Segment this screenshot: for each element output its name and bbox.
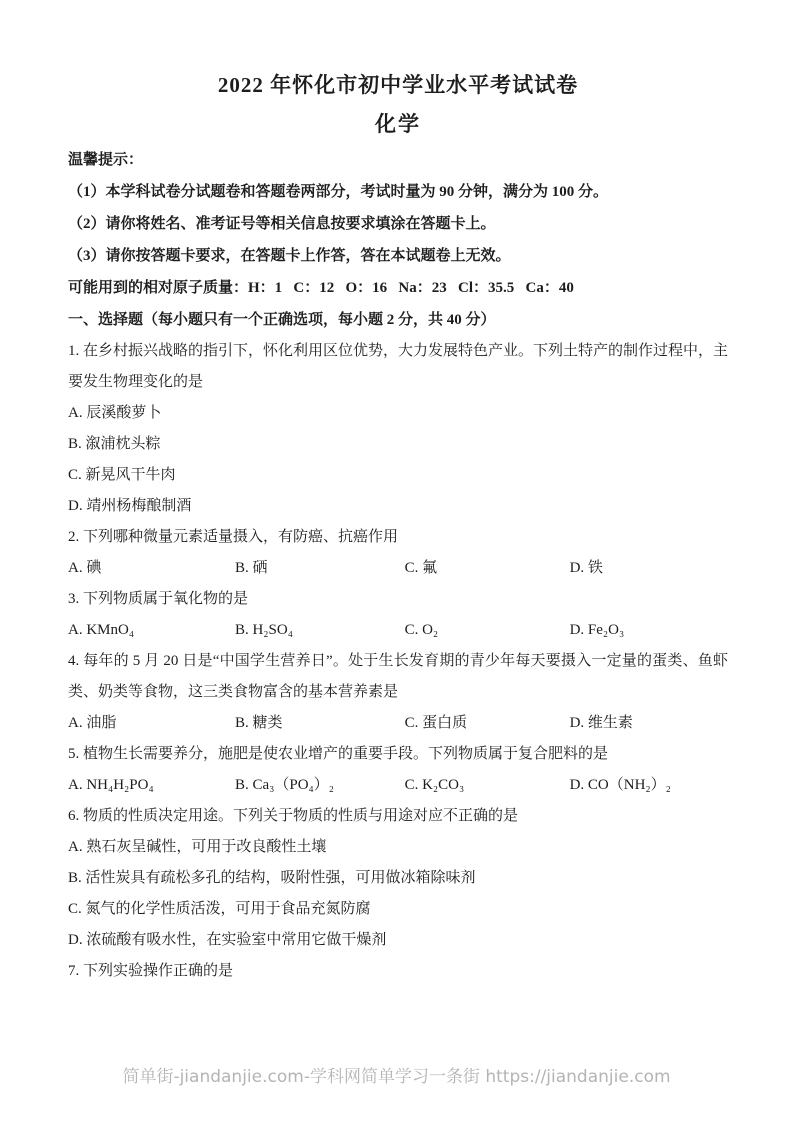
page-content: 2022 年怀化市初中学业水平考试试卷 化学 温馨提示： （1）本学科试卷分试题… <box>68 72 728 987</box>
question-5: 5. 植物生长需要养分，施肥是使农业增产的重要手段。下列物质属于复合肥料的是 A… <box>68 739 728 801</box>
question-4-option-a: A. 油脂 <box>68 708 235 739</box>
question-3-options-row: A. KMnO₄ B. H₂SO₄ C. O₂ D. Fe₂O₃ <box>68 615 728 646</box>
question-5-option-d: D. CO（NH₂）₂ <box>570 770 728 801</box>
question-4-option-b: B. 糖类 <box>235 708 405 739</box>
question-4-option-c: C. 蛋白质 <box>405 708 570 739</box>
watermark-footer: 简单街-jiandanjie.com-学科网简单学习一条街 https://ji… <box>0 1062 793 1087</box>
exam-paper-page: { "header": { "title": "2022 年怀化市初中学业水平考… <box>0 0 793 1122</box>
question-6-text: 6. 物质的性质决定用途。下列关于物质的性质与用途对应不正确的是 <box>68 801 728 832</box>
question-4: 4. 每年的 5 月 20 日是“中国学生营养日”。处于生长发育期的青少年每天要… <box>68 646 728 739</box>
question-3-option-c: C. O₂ <box>405 615 570 646</box>
question-1-option-b: B. 溆浦枕头粽 <box>68 429 728 460</box>
notice-heading: 温馨提示： <box>68 144 728 176</box>
atomic-masses-line: 可能用到的相对原子质量：H：1 C：12 O：16 Na：23 Cl：35.5 … <box>68 272 728 304</box>
question-4-option-d: D. 维生素 <box>570 708 728 739</box>
question-2-option-d: D. 铁 <box>570 553 728 584</box>
question-1: 1. 在乡村振兴战略的指引下，怀化利用区位优势，大力发展特色产业。下列土特产的制… <box>68 336 728 522</box>
question-7: 7. 下列实验操作正确的是 <box>68 956 728 987</box>
question-1-option-c: C. 新晃风干牛肉 <box>68 460 728 491</box>
question-4-text: 4. 每年的 5 月 20 日是“中国学生营养日”。处于生长发育期的青少年每天要… <box>68 646 728 708</box>
question-5-text: 5. 植物生长需要养分，施肥是使农业增产的重要手段。下列物质属于复合肥料的是 <box>68 739 728 770</box>
question-5-option-b: B. Ca₃（PO₄）₂ <box>235 770 405 801</box>
question-5-options-row: A. NH₄H₂PO₄ B. Ca₃（PO₄）₂ C. K₂CO₃ D. CO（… <box>68 770 728 801</box>
question-2-option-b: B. 硒 <box>235 553 405 584</box>
notice-block: 温馨提示： （1）本学科试卷分试题卷和答题卷两部分，考试时量为 90 分钟，满分… <box>68 144 728 336</box>
question-6-option-b: B. 活性炭具有疏松多孔的结构，吸附性强，可用做冰箱除味剂 <box>68 863 728 894</box>
question-4-options-row: A. 油脂 B. 糖类 C. 蛋白质 D. 维生素 <box>68 708 728 739</box>
question-3-option-a: A. KMnO₄ <box>68 615 235 646</box>
question-6-option-c: C. 氮气的化学性质活泼，可用于食品充氮防腐 <box>68 894 728 925</box>
question-2: 2. 下列哪种微量元素适量摄入，有防癌、抗癌作用 A. 碘 B. 硒 C. 氟 … <box>68 522 728 584</box>
question-3-option-d: D. Fe₂O₃ <box>570 615 728 646</box>
question-2-option-a: A. 碘 <box>68 553 235 584</box>
notice-item-1: （1）本学科试卷分试题卷和答题卷两部分，考试时量为 90 分钟，满分为 100 … <box>68 176 728 208</box>
question-1-option-d: D. 靖州杨梅酿制酒 <box>68 491 728 522</box>
question-6: 6. 物质的性质决定用途。下列关于物质的性质与用途对应不正确的是 A. 熟石灰呈… <box>68 801 728 956</box>
question-2-options-row: A. 碘 B. 硒 C. 氟 D. 铁 <box>68 553 728 584</box>
section-heading: 一、选择题（每小题只有一个正确选项，每小题 2 分，共 40 分） <box>68 304 728 336</box>
question-7-text: 7. 下列实验操作正确的是 <box>68 956 728 987</box>
question-1-text: 1. 在乡村振兴战略的指引下，怀化利用区位优势，大力发展特色产业。下列土特产的制… <box>68 336 728 398</box>
question-2-option-c: C. 氟 <box>405 553 570 584</box>
question-5-option-a: A. NH₄H₂PO₄ <box>68 770 235 801</box>
question-3-text: 3. 下列物质属于氧化物的是 <box>68 584 728 615</box>
subject-title: 化学 <box>68 111 728 137</box>
question-5-option-c: C. K₂CO₃ <box>405 770 570 801</box>
question-3: 3. 下列物质属于氧化物的是 A. KMnO₄ B. H₂SO₄ C. O₂ D… <box>68 584 728 646</box>
question-1-option-a: A. 辰溪酸萝卜 <box>68 398 728 429</box>
question-2-text: 2. 下列哪种微量元素适量摄入，有防癌、抗癌作用 <box>68 522 728 553</box>
notice-item-3: （3）请你按答题卡要求，在答题卡上作答，答在本试题卷上无效。 <box>68 240 728 272</box>
question-6-option-d: D. 浓硫酸有吸水性，在实验室中常用它做干燥剂 <box>68 925 728 956</box>
question-6-option-a: A. 熟石灰呈碱性，可用于改良酸性土壤 <box>68 832 728 863</box>
notice-item-2: （2）请你将姓名、准考证号等相关信息按要求填涂在答题卡上。 <box>68 208 728 240</box>
question-3-option-b: B. H₂SO₄ <box>235 615 405 646</box>
page-title: 2022 年怀化市初中学业水平考试试卷 <box>68 72 728 98</box>
questions-block: 1. 在乡村振兴战略的指引下，怀化利用区位优势，大力发展特色产业。下列土特产的制… <box>68 336 728 987</box>
